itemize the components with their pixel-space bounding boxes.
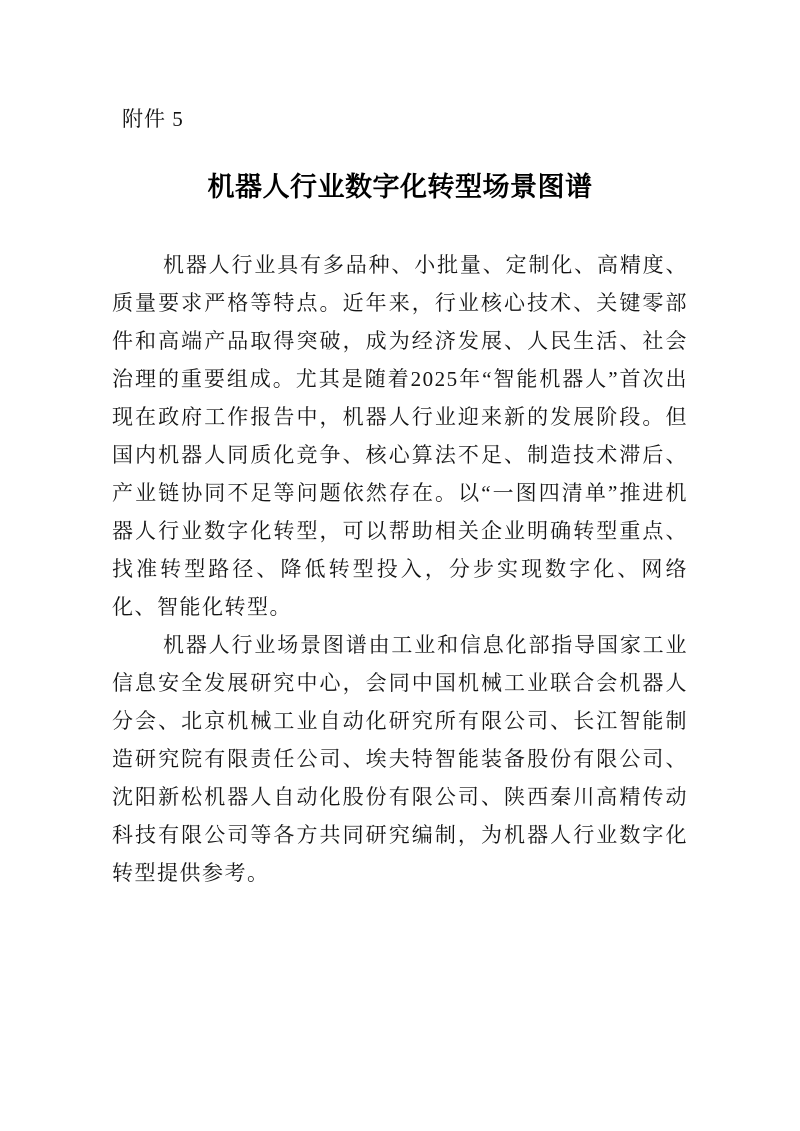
text-line: 件和高端产品取得突破，成为经济发展、人民生活、社会 — [112, 322, 688, 360]
text-line: 治理的重要组成。尤其是随着2025年“智能机器人”首次出 — [112, 360, 688, 398]
text-line: 机器人行业场景图谱由工业和信息化部指导国家工业 — [112, 626, 688, 664]
text-line: 造研究院有限责任公司、埃夫特智能装备股份有限公司、 — [112, 740, 688, 778]
text-line: 现在政府工作报告中，机器人行业迎来新的发展阶段。但 — [112, 398, 688, 436]
document-title: 机器人行业数字化转型场景图谱 — [0, 170, 800, 204]
text-line: 沈阳新松机器人自动化股份有限公司、陕西秦川高精传动 — [112, 778, 688, 816]
text-line: 科技有限公司等各方共同研究编制，为机器人行业数字化 — [112, 816, 688, 854]
text-line: 质量要求严格等特点。近年来，行业核心技术、关键零部 — [112, 284, 688, 322]
document-page: 附件 5 机器人行业数字化转型场景图谱 机器人行业具有多品种、小批量、定制化、高… — [0, 0, 800, 1131]
text-line: 分会、北京机械工业自动化研究所有限公司、长江智能制 — [112, 702, 688, 740]
text-line: 国内机器人同质化竞争、核心算法不足、制造技术滞后、 — [112, 436, 688, 474]
attachment-number-label: 附件 5 — [122, 106, 184, 132]
document-body: 机器人行业具有多品种、小批量、定制化、高精度、 质量要求严格等特点。近年来，行业… — [112, 246, 688, 892]
text-line: 器人行业数字化转型，可以帮助相关企业明确转型重点、 — [112, 512, 688, 550]
paragraph-2: 机器人行业场景图谱由工业和信息化部指导国家工业 信息安全发展研究中心，会同中国机… — [112, 626, 688, 892]
text-line: 信息安全发展研究中心，会同中国机械工业联合会机器人 — [112, 664, 688, 702]
text-line: 化、智能化转型。 — [112, 588, 688, 626]
paragraph-1: 机器人行业具有多品种、小批量、定制化、高精度、 质量要求严格等特点。近年来，行业… — [112, 246, 688, 626]
text-line: 找准转型路径、降低转型投入，分步实现数字化、网络 — [112, 550, 688, 588]
text-line: 机器人行业具有多品种、小批量、定制化、高精度、 — [112, 246, 688, 284]
text-line: 产业链协同不足等问题依然存在。以“一图四清单”推进机 — [112, 474, 688, 512]
text-line: 转型提供参考。 — [112, 854, 688, 892]
